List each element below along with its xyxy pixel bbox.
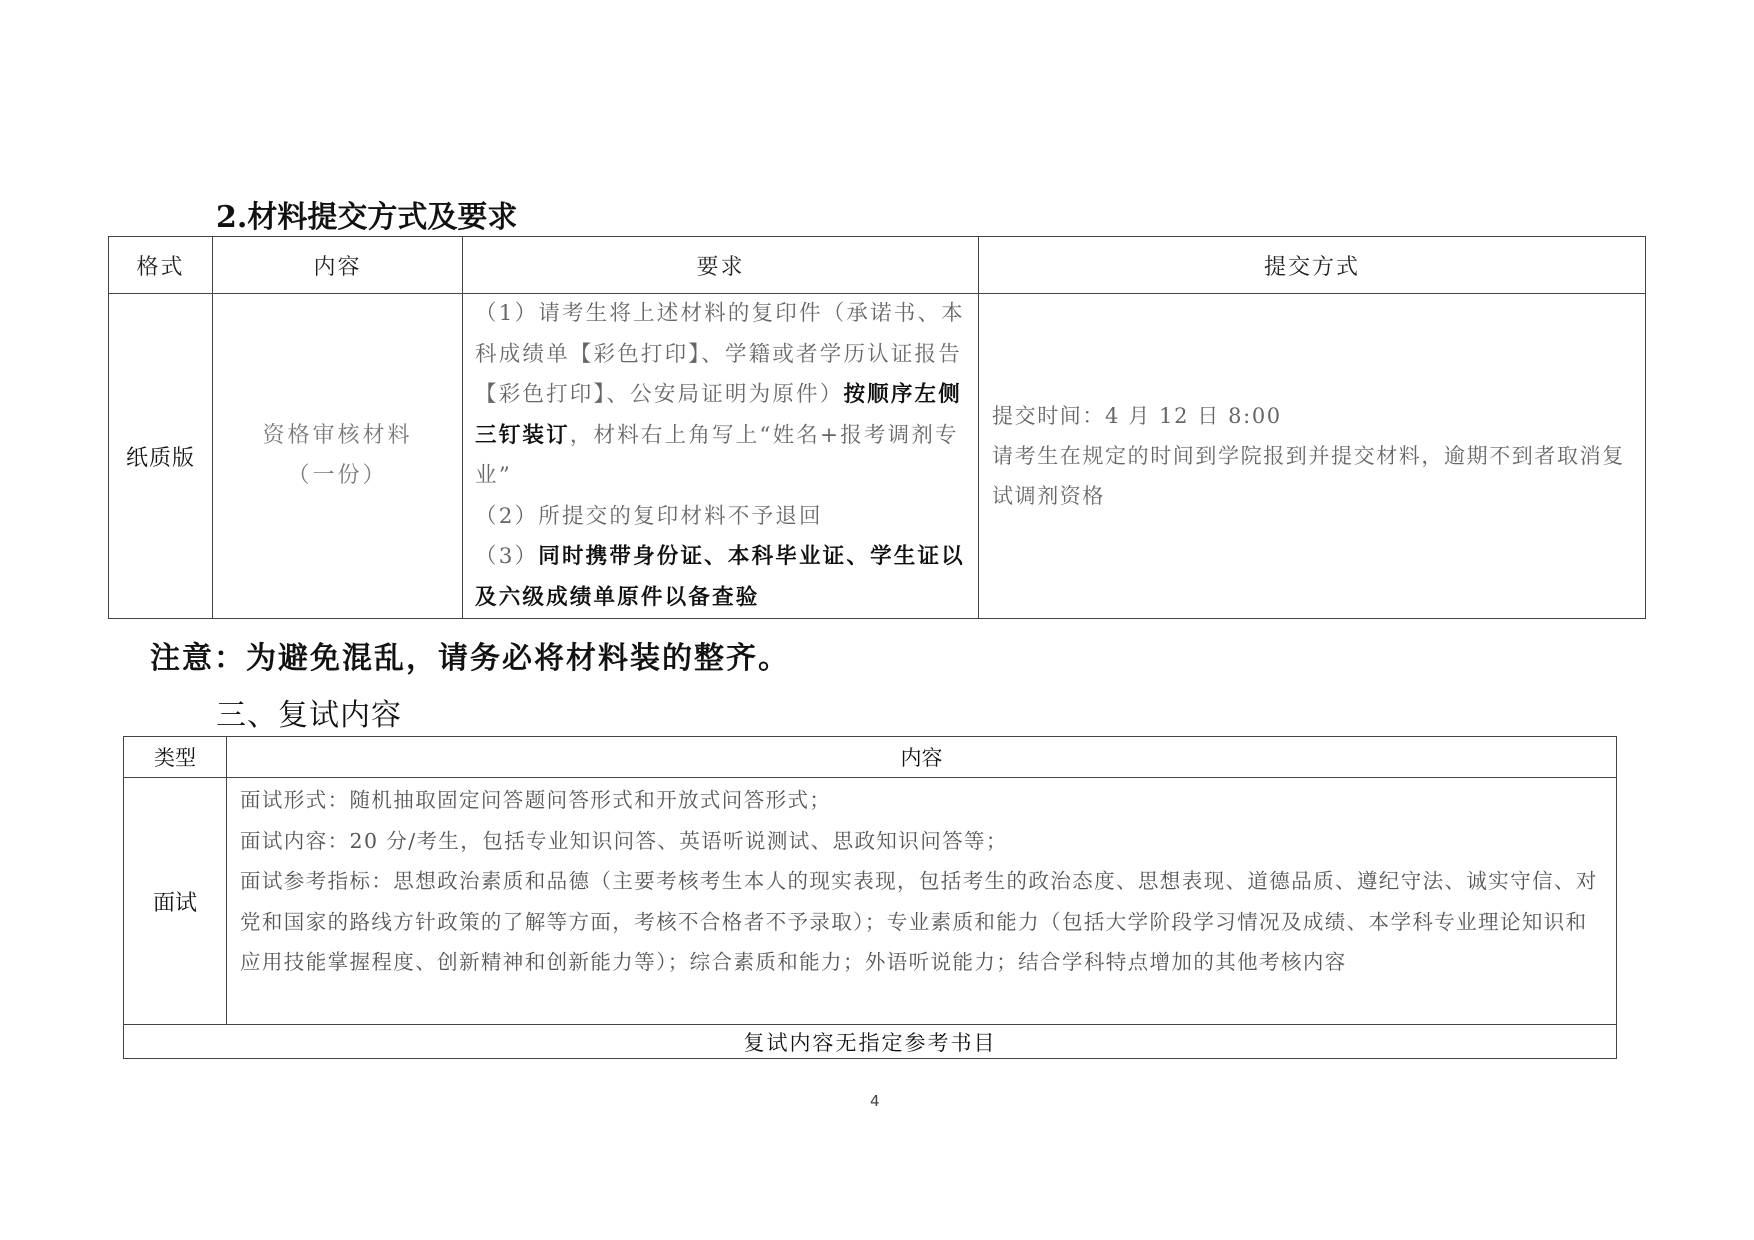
table-footer-row: 复试内容无指定参考书目 bbox=[124, 1025, 1617, 1059]
content-line-1: 资格审核材料 bbox=[213, 416, 462, 456]
interview-criteria-line: 面试参考指标：思想政治素质和品德（主要考核考生本人的现实表现，包括考生的政治态度… bbox=[240, 861, 1606, 983]
submission-instruction: 请考生在规定的时间到学院报到并提交材料，逾期不到者取消复试调剂资格 bbox=[992, 436, 1635, 516]
requirements-cell: （1）请考生将上述材料的复印件（承诺书、本科成绩单【彩色打印】、学籍或者学历认证… bbox=[463, 294, 979, 619]
table-row: 纸质版 资格审核材料 （一份） （1）请考生将上述材料的复印件（承诺书、本科成绩… bbox=[109, 294, 1646, 619]
header-content: 内容 bbox=[227, 737, 1617, 778]
table-header-row: 类型 内容 bbox=[124, 737, 1617, 778]
header-type: 类型 bbox=[124, 737, 227, 778]
notice-text: 注意：为避免混乱，请务必将材料装的整齐。 bbox=[150, 633, 790, 677]
section-2-heading: 2.材料提交方式及要求 bbox=[216, 192, 517, 236]
section-3-heading: 三、复试内容 bbox=[216, 690, 402, 734]
type-cell: 面试 bbox=[124, 778, 227, 1025]
page-number: 4 bbox=[870, 1092, 880, 1110]
interview-format-line: 面试形式：随机抽取固定问答题问答形式和开放式问答形式； bbox=[240, 780, 1606, 821]
table-header-row: 格式 内容 要求 提交方式 bbox=[109, 237, 1646, 294]
submission-time: 提交时间：4 月 12 日 8:00 bbox=[992, 396, 1635, 436]
header-content: 内容 bbox=[213, 237, 463, 294]
table-row: 面试 面试形式：随机抽取固定问答题问答形式和开放式问答形式； 面试内容：20 分… bbox=[124, 778, 1617, 1025]
interview-content-table: 类型 内容 面试 面试形式：随机抽取固定问答题问答形式和开放式问答形式； 面试内… bbox=[123, 736, 1617, 1059]
material-submission-table: 格式 内容 要求 提交方式 纸质版 资格审核材料 （一份） （1）请考生将上述材… bbox=[108, 236, 1646, 619]
requirement-3-bold: 同时携带身份证、本科毕业证、学生证以及六级成绩单原件以备查验 bbox=[475, 544, 965, 610]
content-cell: 资格审核材料 （一份） bbox=[213, 294, 463, 619]
requirement-item-1: （1）请考生将上述材料的复印件（承诺书、本科成绩单【彩色打印】、学籍或者学历认证… bbox=[475, 294, 970, 497]
header-requirements: 要求 bbox=[463, 237, 979, 294]
interview-content-cell: 面试形式：随机抽取固定问答题问答形式和开放式问答形式； 面试内容：20 分/考生… bbox=[227, 778, 1617, 1025]
header-submission-method: 提交方式 bbox=[979, 237, 1646, 294]
interview-content-line: 面试内容：20 分/考生，包括专业知识问答、英语听说测试、思政知识问答等； bbox=[240, 821, 1606, 862]
content-line-2: （一份） bbox=[213, 456, 462, 496]
format-cell: 纸质版 bbox=[109, 294, 213, 619]
reference-books-note: 复试内容无指定参考书目 bbox=[124, 1025, 1617, 1059]
requirement-3-prefix: （3） bbox=[475, 544, 538, 569]
header-format: 格式 bbox=[109, 237, 213, 294]
requirement-item-3: （3）同时携带身份证、本科毕业证、学生证以及六级成绩单原件以备查验 bbox=[475, 537, 970, 618]
submission-cell: 提交时间：4 月 12 日 8:00 请考生在规定的时间到学院报到并提交材料，逾… bbox=[979, 294, 1646, 619]
requirement-item-2: （2）所提交的复印材料不予退回 bbox=[475, 497, 970, 538]
